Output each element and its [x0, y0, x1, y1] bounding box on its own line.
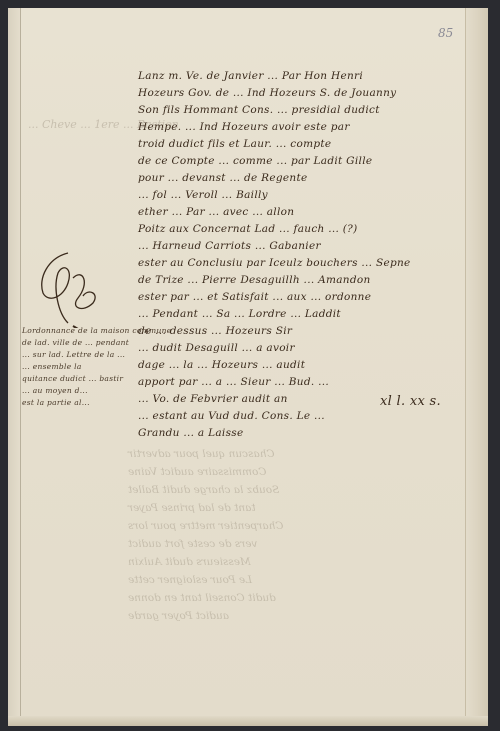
text-line: dage ... la ... Hozeurs ... audit	[138, 359, 305, 371]
page-bottom-edge	[8, 716, 488, 726]
margin-note-line: de lad. ville de ... pendant	[22, 338, 129, 347]
text-line: ether ... Par ... avec ... allon	[138, 206, 294, 218]
text-line: Hozeurs Gov. de ... Ind Hozeurs S. de Jo…	[138, 87, 396, 99]
margin-note-line: ... ensemble la	[22, 362, 82, 371]
text-line: Grandu ... a Laisse	[138, 427, 243, 439]
margin-note-line: ... sur lad. Lettre de la ...	[22, 350, 125, 359]
text-line: ... dudit Desaguill ... a avoir	[138, 342, 295, 354]
text-line: Son fils Hommant Cons. ... presidial dud…	[138, 104, 380, 116]
text-line: ... fol ... Veroll ... Bailly	[138, 189, 268, 201]
signature-paraph	[28, 248, 103, 328]
sum-annotation: xl l. xx s.	[380, 394, 441, 409]
margin-note-line: ... au moyen d...	[22, 386, 88, 395]
page-right-edge	[465, 8, 488, 726]
text-line: ... Pendant ... Sa ... Lordre ... Laddit	[138, 308, 341, 320]
text-line: Hempe. ... Ind Hozeurs avoir este par	[138, 121, 350, 133]
text-line: apport par ... a ... Sieur ... Bud. ...	[138, 376, 329, 388]
margin-note-line: est la partie al...	[22, 398, 90, 407]
text-line: Lanz m. Ve. de Janvier ... Par Hon Henri	[138, 70, 363, 82]
manuscript-page: 85 ... Cheve ... 1ere ... Bastion Lanz m…	[8, 8, 488, 726]
text-line: Poitz aux Concernat Lad ... fauch ... (?…	[138, 223, 358, 235]
text-line: de ce Compte ... comme ... par Ladit Gil…	[138, 155, 372, 167]
text-line: ... Vo. de Febvrier audit an	[138, 393, 288, 405]
folio-number: 85	[438, 26, 453, 40]
text-line: ... estant au Vud dud. Cons. Le ...	[138, 410, 325, 422]
text-line: ester par ... et Satisfait ... aux ... o…	[138, 291, 371, 303]
text-line: troid dudict fils et Laur. ... compte	[138, 138, 331, 150]
text-line: ester au Conclusiu par Iceulz bouchers .…	[138, 257, 411, 269]
margin-note-line: quitance dudict ... bastir	[22, 374, 123, 383]
binding-edge	[8, 8, 21, 726]
margin-note-line: Lordonnance de la maison commune	[22, 326, 171, 335]
text-line: pour ... devanst ... de Regente	[138, 172, 308, 184]
text-line: de Trize ... Pierre Desaguillh ... Amand…	[138, 274, 371, 286]
text-line: ... Harneud Carriots ... Gabanier	[138, 240, 321, 252]
